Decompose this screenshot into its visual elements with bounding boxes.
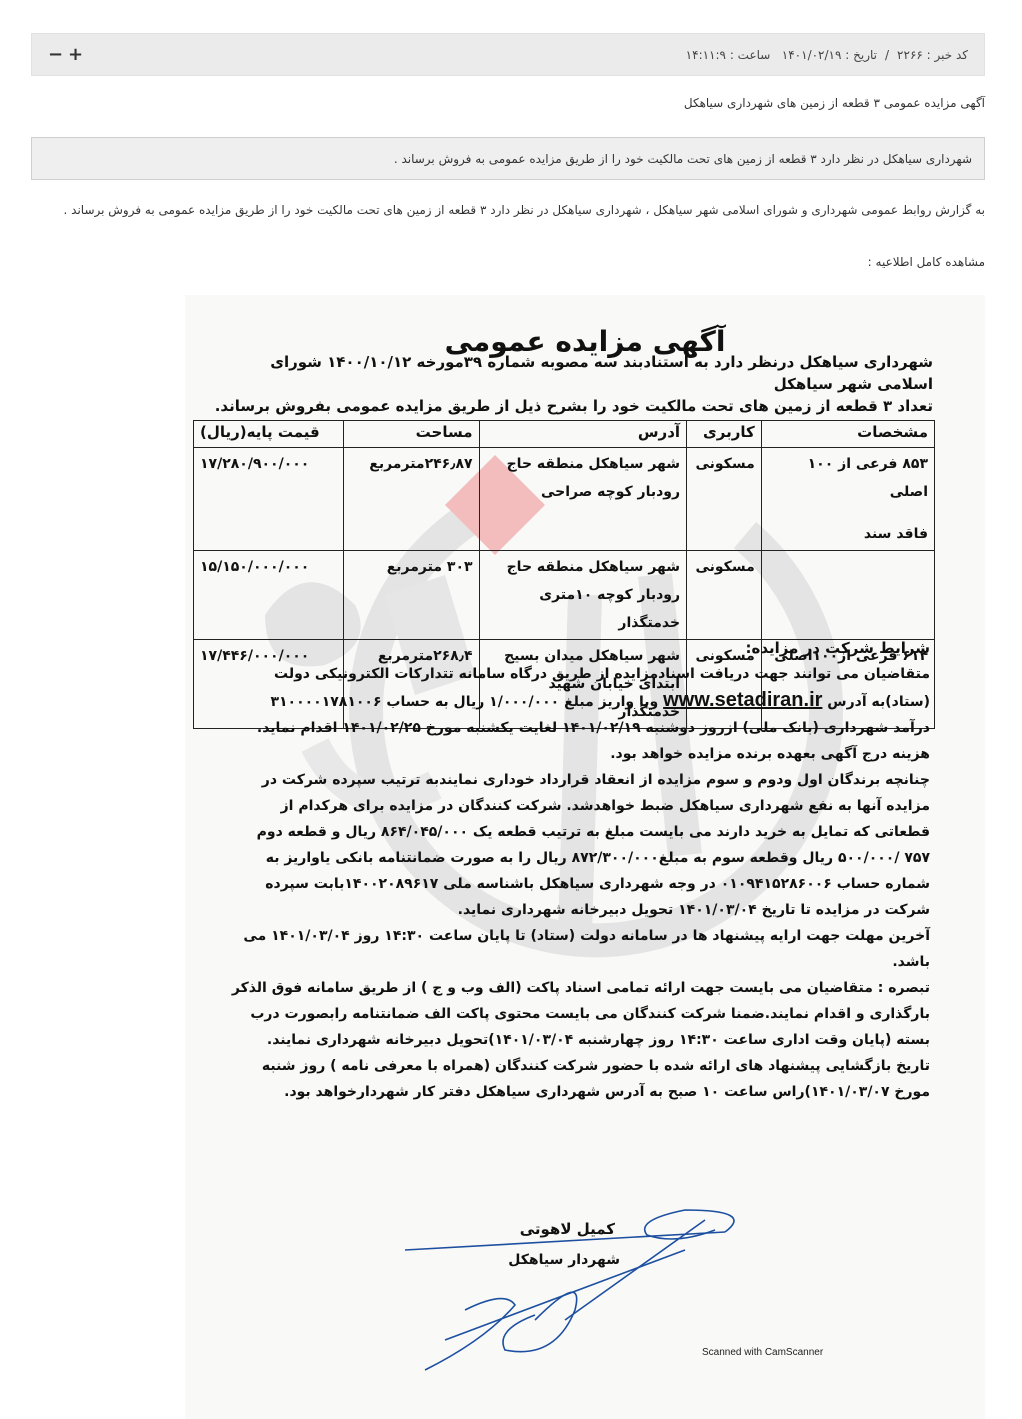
news-headline: آگهی مزایده عمومی ۳ قطعه از زمین های شهر… xyxy=(684,96,985,110)
condition-paragraph: متقاضیان می توانند جهت دریافت اسنادمزاید… xyxy=(230,661,930,741)
spec-note: فاقد سند xyxy=(768,520,928,548)
scanner-watermark: Scanned with CamScanner xyxy=(702,1347,823,1358)
signer-name: کمیل لاهوتی xyxy=(520,1220,615,1238)
notice-intro: شهرداری سیاهکل درنظر دارد به استنادبند س… xyxy=(213,351,933,417)
intro-line: شهرداری سیاهکل درنظر دارد به استنادبند س… xyxy=(213,351,933,395)
news-lead: شهرداری سیاهکل در نظر دارد ۳ قطعه از زمی… xyxy=(31,137,985,180)
condition-text: درآمد شهرداری (بانک ملی) ازروز دوشنبه ۱۴… xyxy=(257,720,930,736)
table-row: مسکونی شهر سیاهکل منطقه حاج رودبار کوچه … xyxy=(194,551,935,640)
condition-text: ویا واریز مبلغ ۱/۰۰۰/۰۰۰ ریال به حساب ۳۱… xyxy=(270,694,658,710)
conditions-title: شرایط شرکت در مزایده: xyxy=(230,635,930,661)
font-size-controls: − + xyxy=(48,46,82,64)
cell-spec: ۸۵۳ فرعی از ۱۰۰ اصلی فاقد سند xyxy=(761,448,934,551)
cell-address: شهر سیاهکل منطقه حاج رودبار کوچه صراحی xyxy=(479,448,687,551)
full-notice-label: مشاهده کامل اطلاعیه : xyxy=(868,255,985,269)
scanned-notice-image: آگهی مزایده عمومی شهرداری سیاهکل درنظر د… xyxy=(185,295,985,1419)
header-address: آدرس xyxy=(479,421,687,448)
news-code: ۲۲۶۶ xyxy=(897,48,923,62)
table-header-row: مشخصات کاربری آدرس مساحت قیمت پایه(ریال) xyxy=(194,421,935,448)
auction-conditions: شرایط شرکت در مزایده: متقاضیان می توانند… xyxy=(230,635,930,1105)
condition-paragraph: هزینه درج آگهی بعهده برنده مزایده خواهد … xyxy=(230,741,930,767)
cell-usage: مسکونی xyxy=(687,448,762,551)
cell-usage: مسکونی xyxy=(687,551,762,640)
condition-paragraph: آخرین مهلت جهت ارایه پیشنهاد ها در سامان… xyxy=(230,923,930,975)
time-label: ساعت : xyxy=(730,48,771,62)
header-spec: مشخصات xyxy=(761,421,934,448)
lead-text: شهرداری سیاهکل در نظر دارد ۳ قطعه از زمی… xyxy=(394,152,972,166)
cell-spec xyxy=(761,551,934,640)
setadiran-link[interactable]: www.setadiran.ir xyxy=(663,687,822,713)
condition-paragraph: چنانچه برندگان اول ودوم و سوم مزایده از … xyxy=(230,767,930,923)
header-price: قیمت پایه(ریال) xyxy=(194,421,344,448)
news-date: ۱۴۰۱/۰۲/۱۹ xyxy=(782,48,842,62)
cell-area: ۳۰۳ مترمربع xyxy=(343,551,479,640)
spec-text: ۸۵۳ فرعی از ۱۰۰ اصلی xyxy=(768,450,928,506)
cell-price: ۱۵/۱۵۰/۰۰۰/۰۰۰ xyxy=(194,551,344,640)
cell-address: شهر سیاهکل منطقه حاج رودبار کوچه ۱۰متری … xyxy=(479,551,687,640)
condition-paragraph: تاریخ بازگشایی پیشنهاد های ارائه شده با … xyxy=(230,1053,930,1105)
table-row: ۸۵۳ فرعی از ۱۰۰ اصلی فاقد سند مسکونی شهر… xyxy=(194,448,935,551)
cell-price: ۱۷/۲۸۰/۹۰۰/۰۰۰ xyxy=(194,448,344,551)
news-time: ۱۴:۱۱:۹ xyxy=(686,48,726,62)
condition-paragraph: تبصره : متقاضیان می بایست جهت ارائه تمام… xyxy=(230,975,930,1053)
date-label: تاریخ : xyxy=(845,48,877,62)
separator: / xyxy=(885,48,889,62)
signer-role: شهردار سیاهکل xyxy=(508,1252,620,1268)
minus-icon[interactable]: − xyxy=(48,46,62,64)
news-meta-bar: کد خبر : ۲۲۶۶ / تاریخ : ۱۴۰۱/۰۲/۱۹ ساعت … xyxy=(31,33,985,76)
header-area: مساحت xyxy=(343,421,479,448)
plus-icon[interactable]: + xyxy=(68,46,82,64)
intro-line: تعداد ۳ قطعه از زمین های تحت مالکیت خود … xyxy=(213,395,933,417)
news-body: به گزارش روابط عمومی شهرداری و شورای اسل… xyxy=(31,200,985,220)
header-usage: کاربری xyxy=(687,421,762,448)
news-code-label: کد خبر : xyxy=(927,48,968,62)
cell-area: ۲۴۶٫۸۷مترمربع xyxy=(343,448,479,551)
